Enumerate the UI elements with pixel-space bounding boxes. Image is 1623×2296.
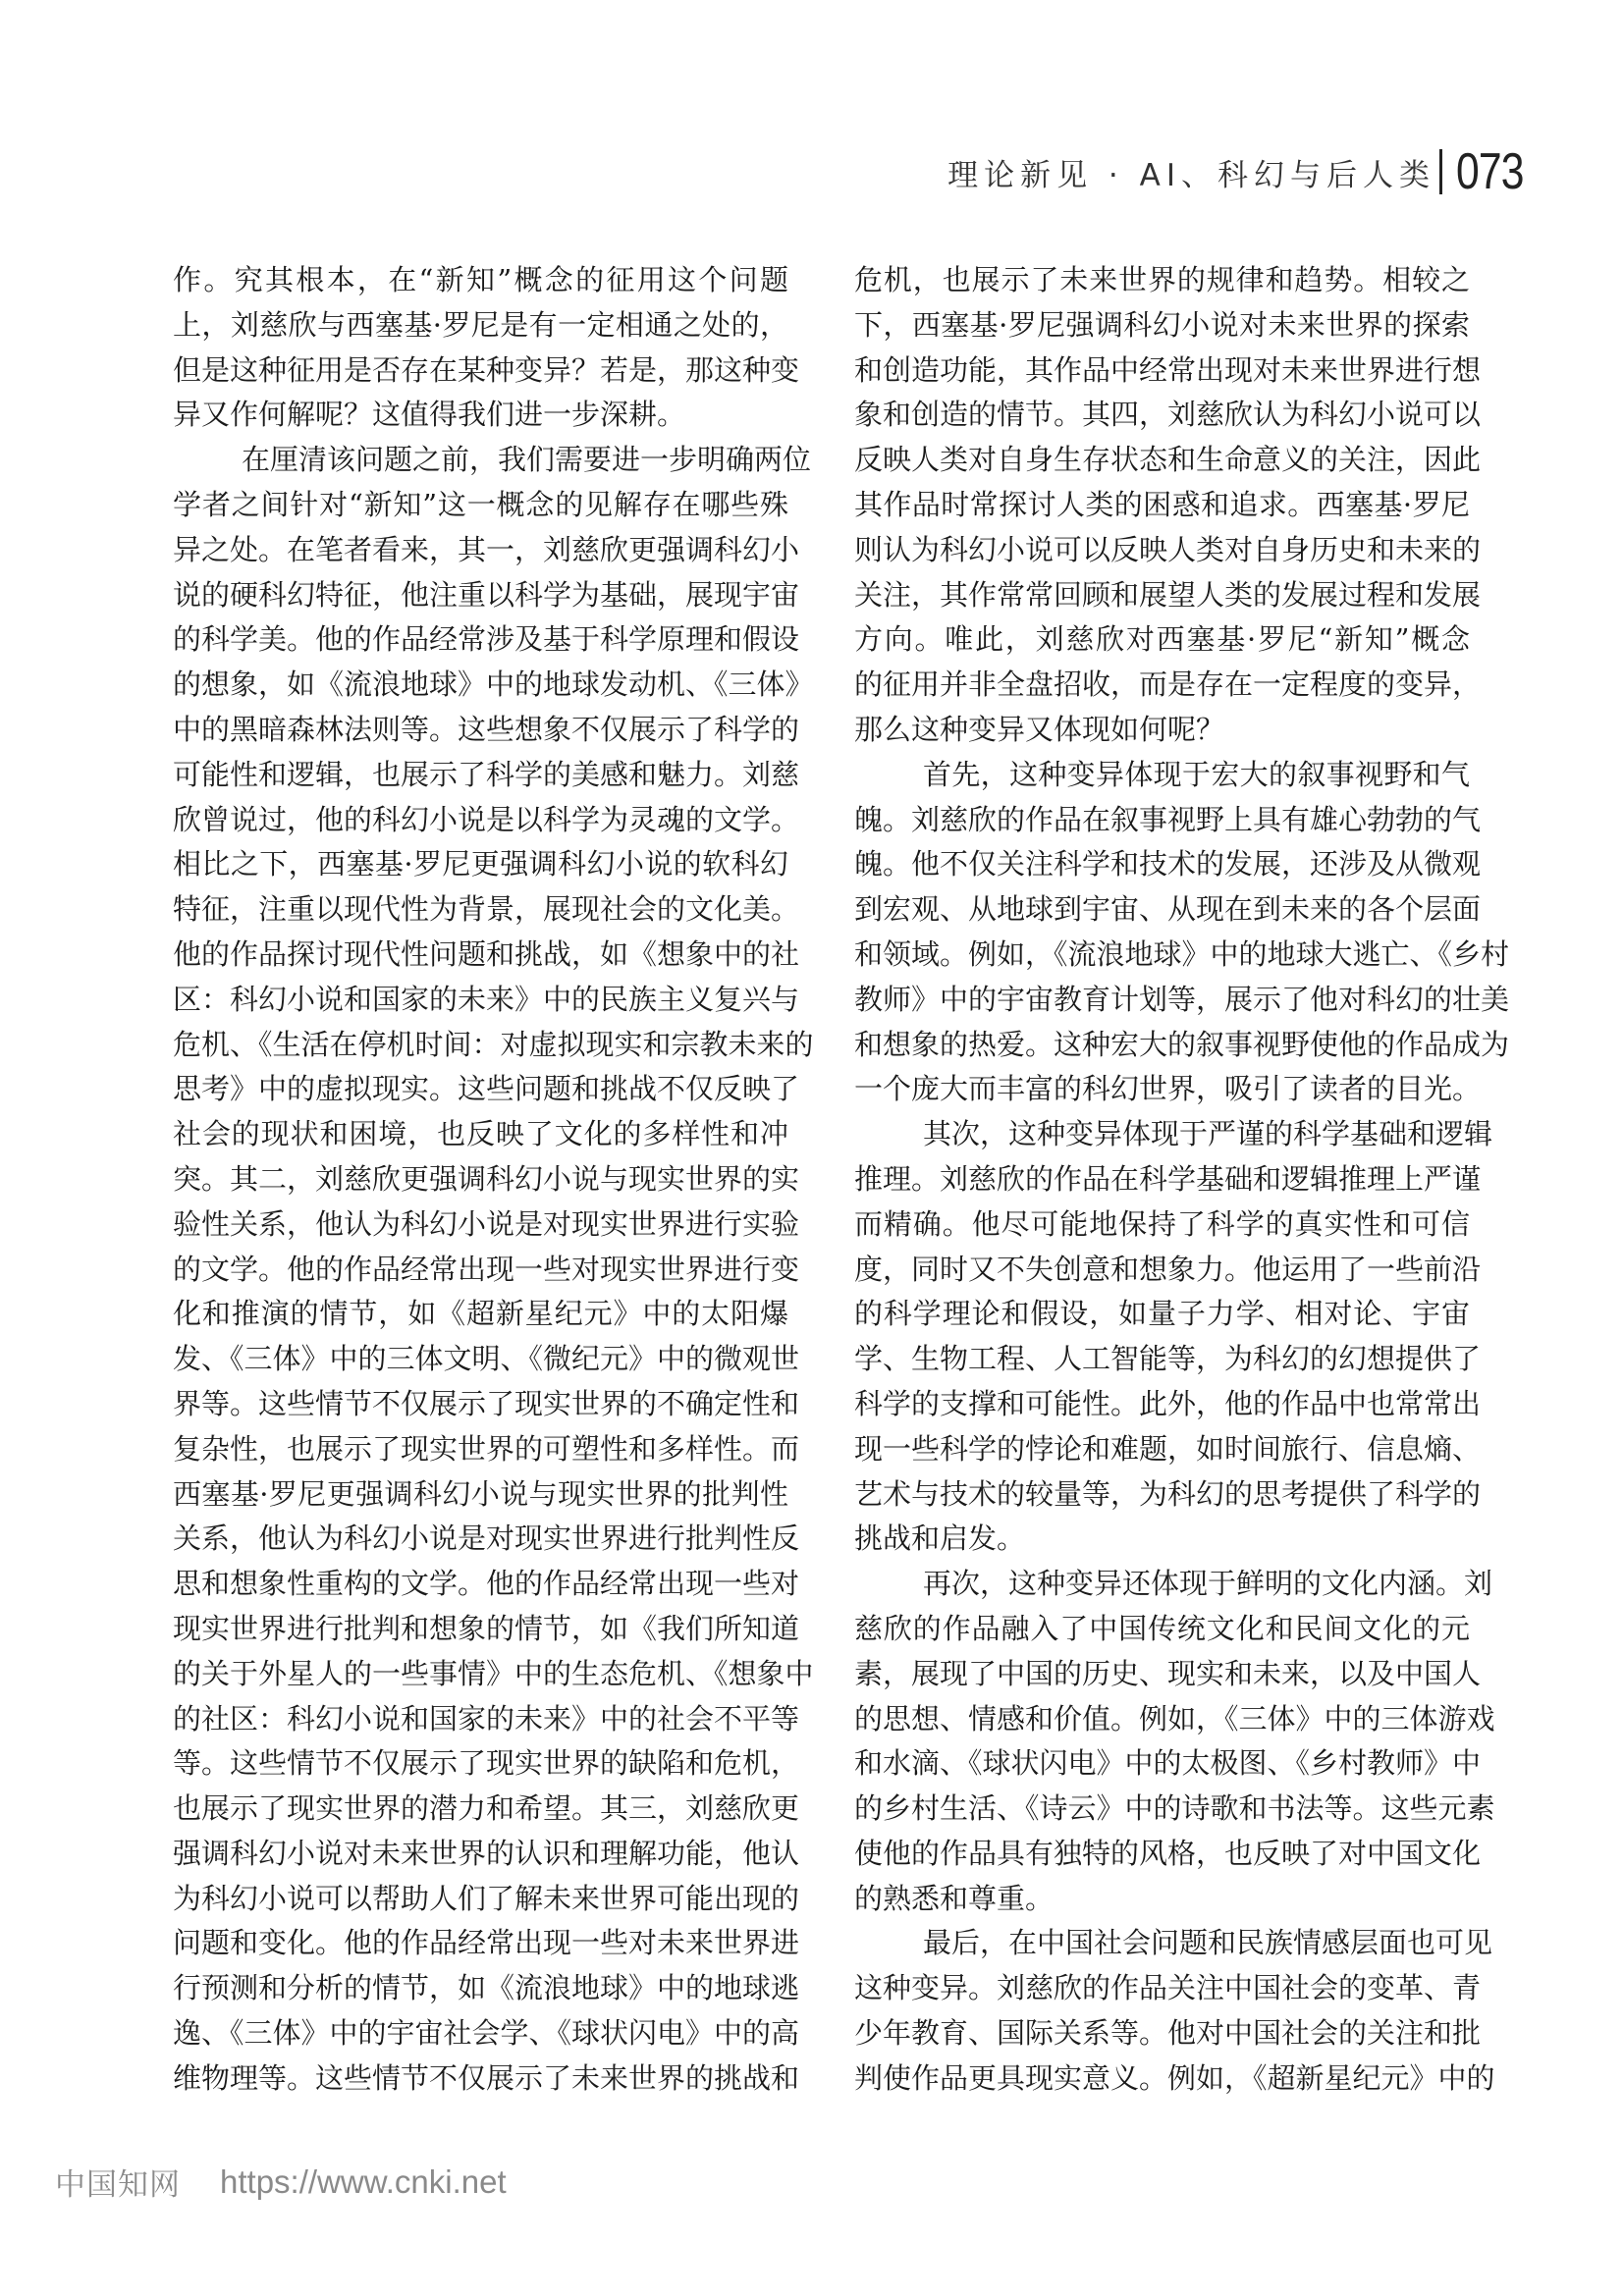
text-line: 使他的作品具有独特的风格，也反映了对中国文化 xyxy=(854,1835,1470,1880)
text-line: 方向。唯此，刘慈欣对西塞基·罗尼“新知”概念 xyxy=(854,620,1470,666)
page-number: 073 xyxy=(1456,146,1519,197)
text-line: 欣曾说过，他的科幻小说是以科学为灵魂的文学。 xyxy=(173,801,788,846)
footer-watermark: 中国知网 https://www.cnki.net xyxy=(55,2160,507,2204)
text-line: 异之处。在笔者看来，其一，刘慈欣更强调科幻小 xyxy=(173,531,788,576)
text-line: 艺术与技术的较量等，为科幻的思考提供了科学的 xyxy=(854,1475,1470,1521)
text-line: 魄。刘慈欣的作品在叙事视野上具有雄心勃勃的气 xyxy=(854,801,1470,846)
text-line: 少年教育、国际关系等。他对中国社会的关注和批 xyxy=(854,2014,1470,2059)
text-line: 则认为科幻小说可以反映人类对自身历史和未来的 xyxy=(854,531,1470,576)
footer-brand: 中国知网 xyxy=(55,2160,181,2204)
text-line: 上，刘慈欣与西塞基·罗尼是有一定相通之处的， xyxy=(173,306,788,351)
text-line: 推理。刘慈欣的作品在科学基础和逻辑推理上严谨 xyxy=(854,1160,1470,1205)
text-line: 问题和变化。他的作品经常出现一些对未来世界进 xyxy=(173,1924,788,1969)
text-line: 相比之下，西塞基·罗尼更强调科幻小说的软科幻 xyxy=(173,845,788,890)
text-line: 强调科幻小说对未来世界的认识和理解功能，他认 xyxy=(173,1835,788,1880)
text-line: 可能性和逻辑，也展示了科学的美感和魅力。刘慈 xyxy=(173,756,788,801)
text-line: 的熟悉和尊重。 xyxy=(854,1880,1470,1925)
text-line: 而精确。他尽可能地保持了科学的真实性和可信 xyxy=(854,1205,1470,1251)
text-line: 下，西塞基·罗尼强调科幻小说对未来世界的探索 xyxy=(854,306,1470,351)
text-line: 素，展现了中国的历史、现实和未来，以及中国人 xyxy=(854,1655,1470,1700)
text-line: 西塞基·罗尼更强调科幻小说与现实世界的批判性 xyxy=(173,1475,788,1521)
paragraph-first-line: 最后，在中国社会问题和民族情感层面也可见 xyxy=(854,1924,1470,1969)
text-line: 逸、《三体》中的宇宙社会学、《球状闪电》中的高 xyxy=(173,2014,788,2059)
text-line: 作。究其根本，在“新知”概念的征用这个问题 xyxy=(173,261,788,306)
text-line: 维物理等。这些情节不仅展示了未来世界的挑战和 xyxy=(173,2059,788,2105)
text-line: 学、生物工程、人工智能等，为科幻的幻想提供了 xyxy=(854,1340,1470,1385)
text-line: 突。其二，刘慈欣更强调科幻小说与现实世界的实 xyxy=(173,1160,788,1205)
text-line: 他的作品探讨现代性问题和挑战，如《想象中的社 xyxy=(173,935,788,981)
text-column-left: 作。究其根本，在“新知”概念的征用这个问题上，刘慈欣与西塞基·罗尼是有一定相通之… xyxy=(173,261,788,2105)
text-line: 等。这些情节不仅展示了现实世界的缺陷和危机， xyxy=(173,1744,788,1789)
text-line: 慈欣的作品融入了中国传统文化和民间文化的元 xyxy=(854,1610,1470,1655)
running-head: 理论新见 · AI、科幻与后人类 073 xyxy=(947,147,1533,196)
text-line: 其作品时常探讨人类的困惑和追求。西塞基·罗尼 xyxy=(854,486,1470,531)
text-line: 学者之间针对“新知”这一概念的见解存在哪些殊 xyxy=(173,486,788,531)
text-line: 的思想、情感和价值。例如，《三体》中的三体游戏 xyxy=(854,1700,1470,1745)
paragraph-first-line: 再次，这种变异还体现于鲜明的文化内涵。刘 xyxy=(854,1565,1470,1610)
text-line: 说的硬科幻特征，他注重以科学为基础，展现宇宙 xyxy=(173,576,788,621)
text-line: 关注，其作常常回顾和展望人类的发展过程和发展 xyxy=(854,576,1470,621)
running-title: 理论新见 · AI、科幻与后人类 xyxy=(947,150,1435,194)
text-line: 魄。他不仅关注科学和技术的发展，还涉及从微观 xyxy=(854,845,1470,890)
text-line: 思考》中的虚拟现实。这些问题和挑战不仅反映了 xyxy=(173,1070,788,1115)
text-line: 现一些科学的悖论和难题，如时间旅行、信息熵、 xyxy=(854,1430,1470,1475)
text-line: 中的黑暗森林法则等。这些想象不仅展示了科学的 xyxy=(173,711,788,756)
text-line: 的文学。他的作品经常出现一些对现实世界进行变 xyxy=(173,1251,788,1296)
text-line: 验性关系，他认为科幻小说是对现实世界进行实验 xyxy=(173,1205,788,1251)
header-divider xyxy=(1439,149,1442,194)
paragraph-first-line: 在厘清该问题之前，我们需要进一步明确两位 xyxy=(173,441,788,486)
text-line: 教师》中的宇宙教育计划等，展示了他对科幻的壮美 xyxy=(854,981,1470,1026)
text-line: 和想象的热爱。这种宏大的叙事视野使他的作品成为 xyxy=(854,1026,1470,1071)
text-line: 异又作何解呢？这值得我们进一步深耕。 xyxy=(173,396,788,441)
text-line: 危机、《生活在停机时间：对虚拟现实和宗教未来的 xyxy=(173,1026,788,1071)
text-line: 行预测和分析的情节，如《流浪地球》中的地球逃 xyxy=(173,1969,788,2014)
text-line: 象和创造的情节。其四，刘慈欣认为科幻小说可以 xyxy=(854,396,1470,441)
paragraph-first-line: 首先，这种变异体现于宏大的叙事视野和气 xyxy=(854,756,1470,801)
text-line: 和创造功能，其作品中经常出现对未来世界进行想 xyxy=(854,351,1470,397)
paragraph-first-line: 其次，这种变异体现于严谨的科学基础和逻辑 xyxy=(854,1115,1470,1160)
text-line: 复杂性，也展示了现实世界的可塑性和多样性。而 xyxy=(173,1430,788,1475)
text-line: 界等。这些情节不仅展示了现实世界的不确定性和 xyxy=(173,1385,788,1430)
text-line: 那么这种变异又体现如何呢？ xyxy=(854,711,1470,756)
text-line: 也展示了现实世界的潜力和希望。其三，刘慈欣更 xyxy=(173,1789,788,1835)
text-line: 思和想象性重构的文学。他的作品经常出现一些对 xyxy=(173,1565,788,1610)
text-column-right: 危机，也展示了未来世界的规律和趋势。相较之下，西塞基·罗尼强调科幻小说对未来世界… xyxy=(854,261,1470,2105)
text-line: 度，同时又不失创意和想象力。他运用了一些前沿 xyxy=(854,1251,1470,1296)
text-line: 和水滴、《球状闪电》中的太极图、《乡村教师》中 xyxy=(854,1744,1470,1789)
text-line: 特征，注重以现代性为背景，展现社会的文化美。 xyxy=(173,890,788,935)
text-line: 的科学理论和假设，如量子力学、相对论、宇宙 xyxy=(854,1295,1470,1340)
text-line: 和领域。例如，《流浪地球》中的地球大逃亡、《乡村 xyxy=(854,935,1470,981)
text-line: 的征用并非全盘招收，而是存在一定程度的变异， xyxy=(854,666,1470,711)
text-line: 但是这种征用是否存在某种变异？若是，那这种变 xyxy=(173,351,788,397)
text-line: 这种变异。刘慈欣的作品关注中国社会的变革、青 xyxy=(854,1969,1470,2014)
text-line: 关系，他认为科幻小说是对现实世界进行批判性反 xyxy=(173,1520,788,1565)
text-line: 的社区：科幻小说和国家的未来》中的社会不平等 xyxy=(173,1700,788,1745)
text-line: 到宏观、从地球到宇宙、从现在到未来的各个层面 xyxy=(854,890,1470,935)
text-line: 发、《三体》中的三体文明、《微纪元》中的微观世 xyxy=(173,1340,788,1385)
text-line: 的乡村生活、《诗云》中的诗歌和书法等。这些元素 xyxy=(854,1789,1470,1835)
text-line: 判使作品更具现实意义。例如，《超新星纪元》中的 xyxy=(854,2059,1470,2105)
footer-url[interactable]: https://www.cnki.net xyxy=(220,2163,507,2201)
text-line: 反映人类对自身生存状态和生命意义的关注，因此 xyxy=(854,441,1470,486)
text-line: 的关于外星人的一些事情》中的生态危机、《想象中 xyxy=(173,1655,788,1700)
text-line: 为科幻小说可以帮助人们了解未来世界可能出现的 xyxy=(173,1880,788,1925)
text-line: 危机，也展示了未来世界的规律和趋势。相较之 xyxy=(854,261,1470,306)
text-line: 挑战和启发。 xyxy=(854,1520,1470,1565)
text-line: 区：科幻小说和国家的未来》中的民族主义复兴与 xyxy=(173,981,788,1026)
text-line: 现实世界进行批判和想象的情节，如《我们所知道 xyxy=(173,1610,788,1655)
text-line: 化和推演的情节，如《超新星纪元》中的太阳爆 xyxy=(173,1295,788,1340)
text-line: 一个庞大而丰富的科幻世界，吸引了读者的目光。 xyxy=(854,1070,1470,1115)
text-line: 社会的现状和困境，也反映了文化的多样性和冲 xyxy=(173,1115,788,1160)
text-line: 的科学美。他的作品经常涉及基于科学原理和假设 xyxy=(173,620,788,666)
text-line: 的想象，如《流浪地球》中的地球发动机、《三体》 xyxy=(173,666,788,711)
text-line: 科学的支撑和可能性。此外，他的作品中也常常出 xyxy=(854,1385,1470,1430)
